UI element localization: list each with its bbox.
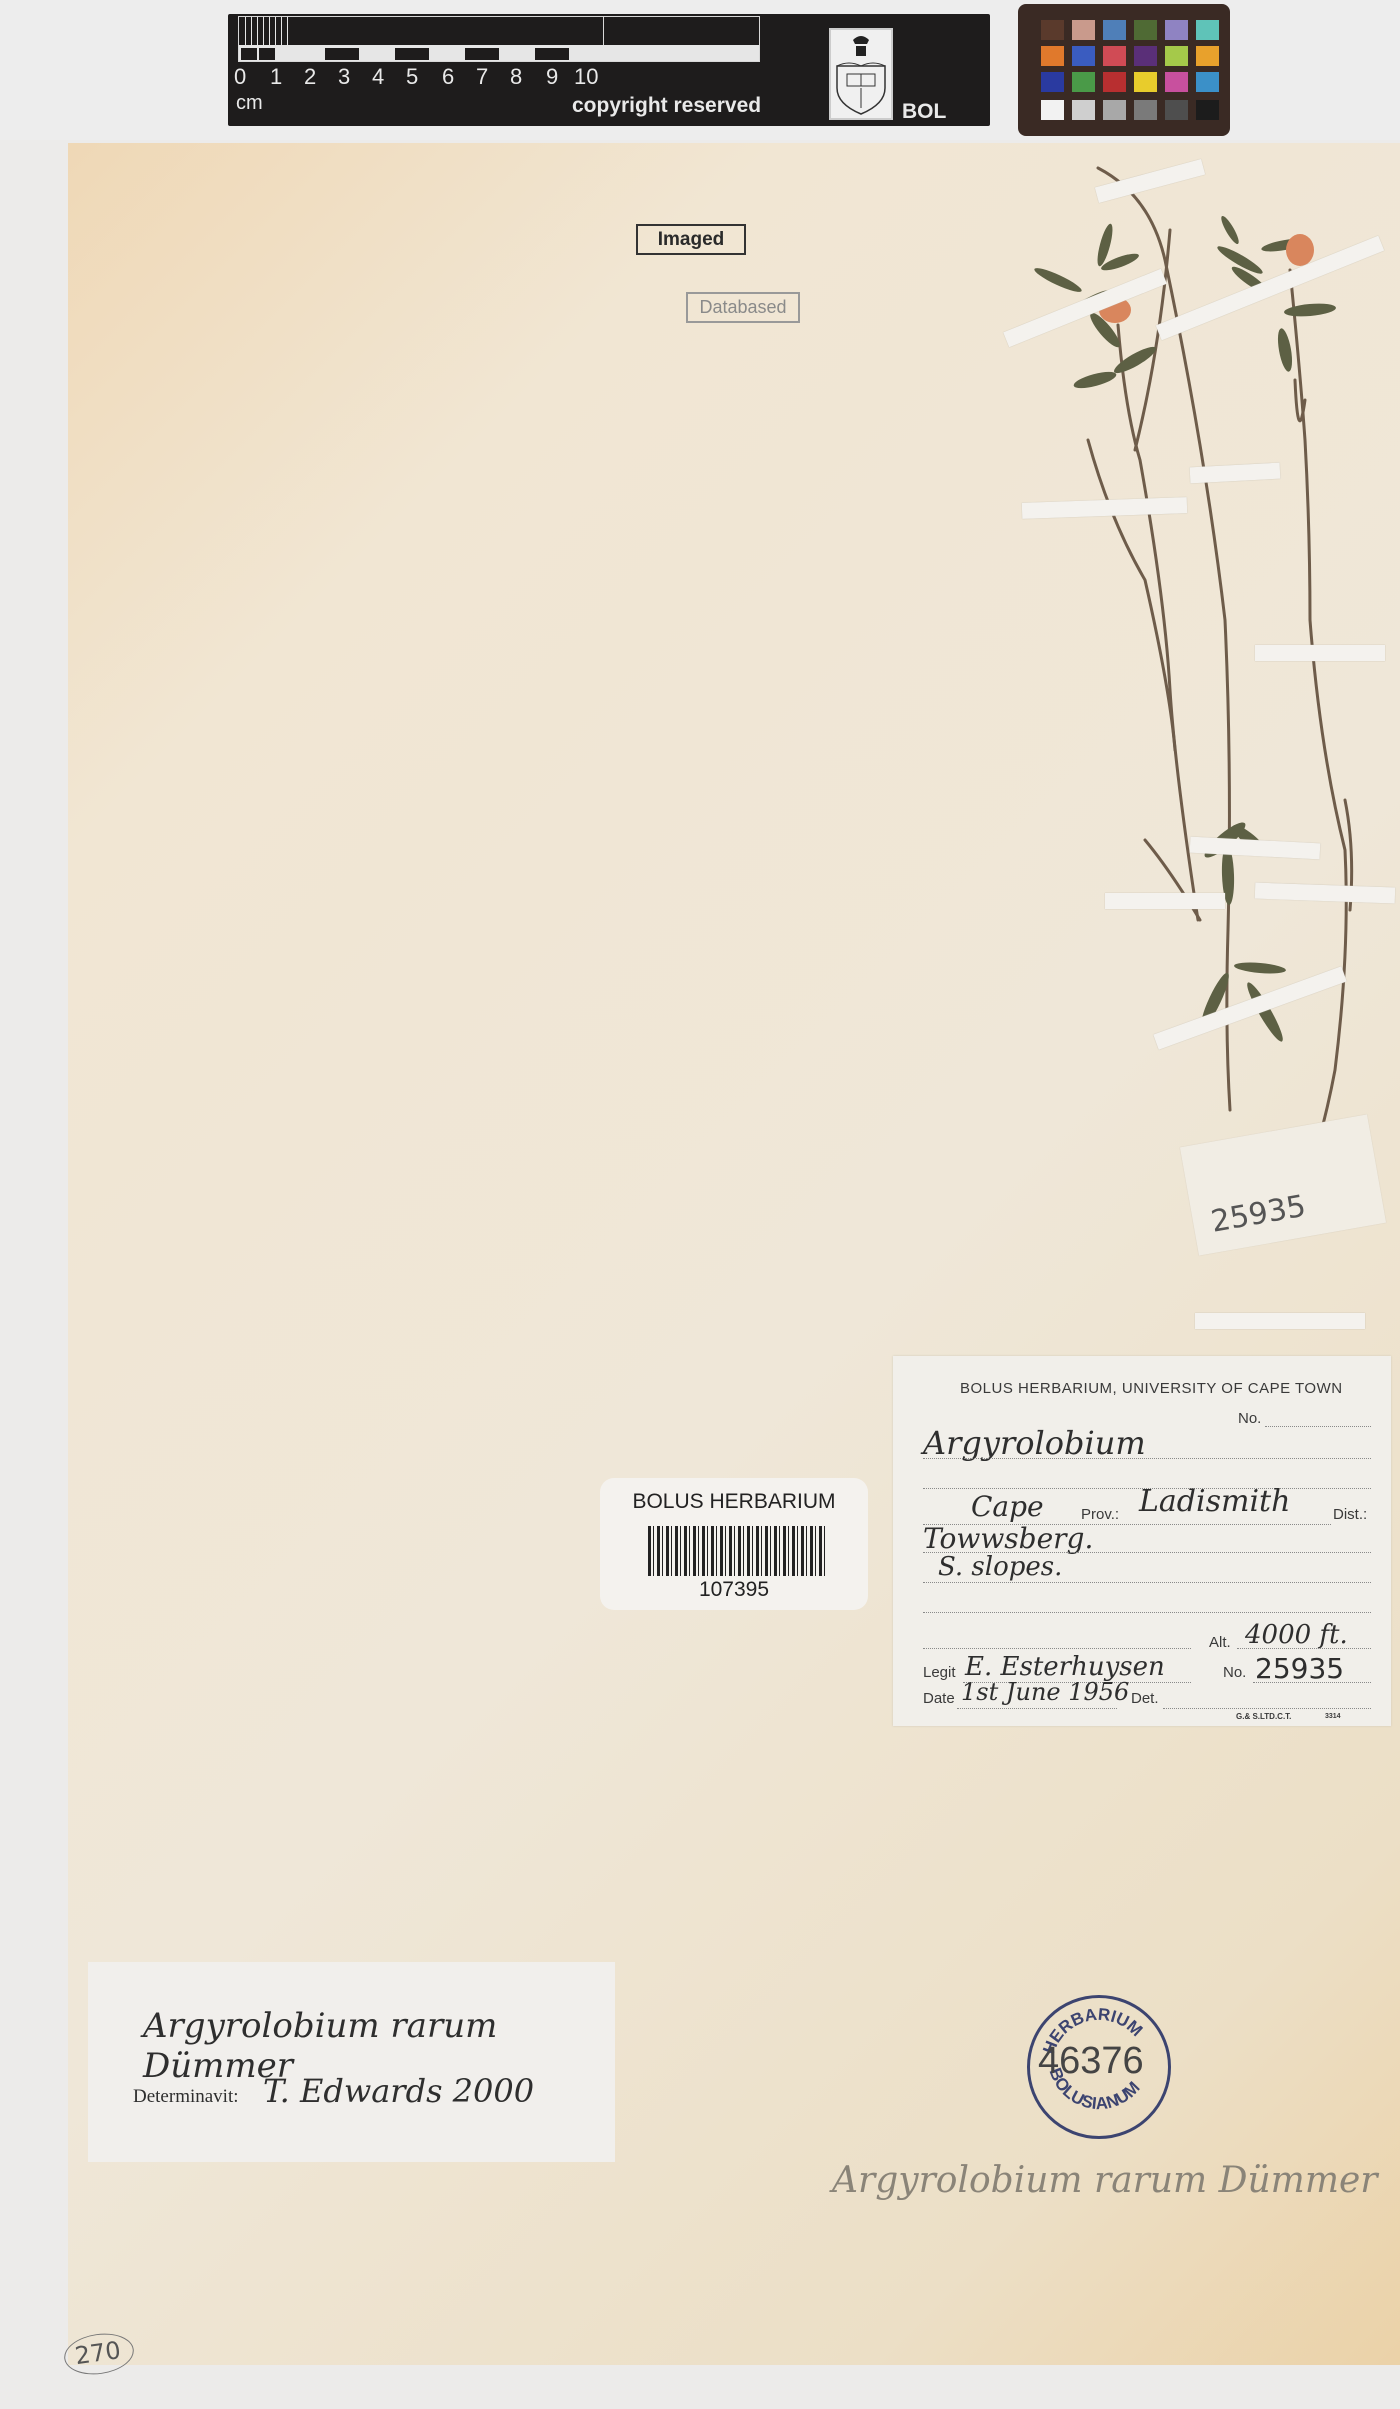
barcode-icon bbox=[648, 1526, 826, 1576]
altitude-label: Alt. bbox=[1209, 1634, 1231, 1651]
scale-number: 0 bbox=[234, 64, 246, 90]
stamp-number: 46376 bbox=[1038, 2040, 1144, 2083]
date-label: Date bbox=[923, 1690, 955, 1707]
corner-number: 270 bbox=[73, 2336, 122, 2370]
copyright-text: copyright reserved bbox=[572, 94, 761, 118]
printer-code: 3314 bbox=[1325, 1713, 1341, 1720]
determinavit-label: Determinavit: bbox=[133, 2086, 239, 2108]
pencil-annotation: Argyrolobium rarum Dümmer bbox=[832, 2160, 1377, 2201]
scale-number: 5 bbox=[406, 64, 418, 90]
scale-number: 1 bbox=[270, 64, 282, 90]
no-label: No. bbox=[1238, 1410, 1261, 1427]
scale-number: 2 bbox=[304, 64, 316, 90]
scale-unit: cm bbox=[236, 92, 263, 115]
scale-number: 9 bbox=[546, 64, 558, 90]
province-label: Prov.: bbox=[1081, 1506, 1119, 1523]
barcode-label: BOLUS HERBARIUM 107395 bbox=[600, 1478, 868, 1610]
scale-number: 7 bbox=[476, 64, 488, 90]
imaged-stamp: Imaged bbox=[636, 224, 746, 255]
locality-line-2: S. slopes. bbox=[938, 1552, 1062, 1582]
barcode-title: BOLUS HERBARIUM bbox=[600, 1490, 868, 1514]
printer-mark: G.& S.LTD.C.T. bbox=[1236, 1712, 1291, 1721]
scale-number: 8 bbox=[510, 64, 522, 90]
barcode-number: 107395 bbox=[600, 1578, 868, 1602]
scale-bar: 0 1 2 3 4 5 6 7 8 9 10 cm copyright rese… bbox=[228, 14, 990, 126]
det-label: Det. bbox=[1131, 1690, 1159, 1707]
district-value: Ladismith bbox=[1139, 1484, 1290, 1519]
collector-number-label: No. bbox=[1223, 1664, 1246, 1681]
altitude-value: 4000 ft. bbox=[1245, 1620, 1348, 1650]
district-label: Dist.: bbox=[1333, 1506, 1367, 1523]
scale-number: 3 bbox=[338, 64, 350, 90]
scale-number: 10 bbox=[574, 64, 598, 90]
herbarium-bolusianum-stamp: HERBARIUM BOLUSIANUM 46376 bbox=[1027, 1995, 1171, 2139]
specimen-tag-number: 25935 bbox=[1208, 1189, 1308, 1240]
color-calibration-chart bbox=[1018, 4, 1230, 136]
databased-stamp: Databased bbox=[686, 292, 800, 323]
university-crest-icon bbox=[829, 28, 893, 120]
label-header: BOLUS HERBARIUM, UNIVERSITY OF CAPE TOWN bbox=[960, 1380, 1343, 1397]
determiner-value: T. Edwards 2000 bbox=[263, 2072, 534, 2110]
determination-slip: Argyrolobium rarum Dümmer Determinavit: … bbox=[88, 1962, 615, 2162]
institution-code: BOL bbox=[902, 100, 946, 124]
legit-label: Legit bbox=[923, 1664, 956, 1681]
collection-label: BOLUS HERBARIUM, UNIVERSITY OF CAPE TOWN… bbox=[893, 1356, 1391, 1726]
scale-number: 6 bbox=[442, 64, 454, 90]
province-value: Cape bbox=[971, 1490, 1044, 1523]
collector-number-value: 25935 bbox=[1255, 1652, 1344, 1685]
scale-number: 4 bbox=[372, 64, 384, 90]
cm-scale bbox=[238, 16, 760, 62]
date-value: 1st June 1956 bbox=[961, 1678, 1129, 1706]
locality-line-1: Towwsberg. bbox=[923, 1522, 1093, 1555]
genus-handwritten: Argyrolobium bbox=[923, 1424, 1146, 1462]
